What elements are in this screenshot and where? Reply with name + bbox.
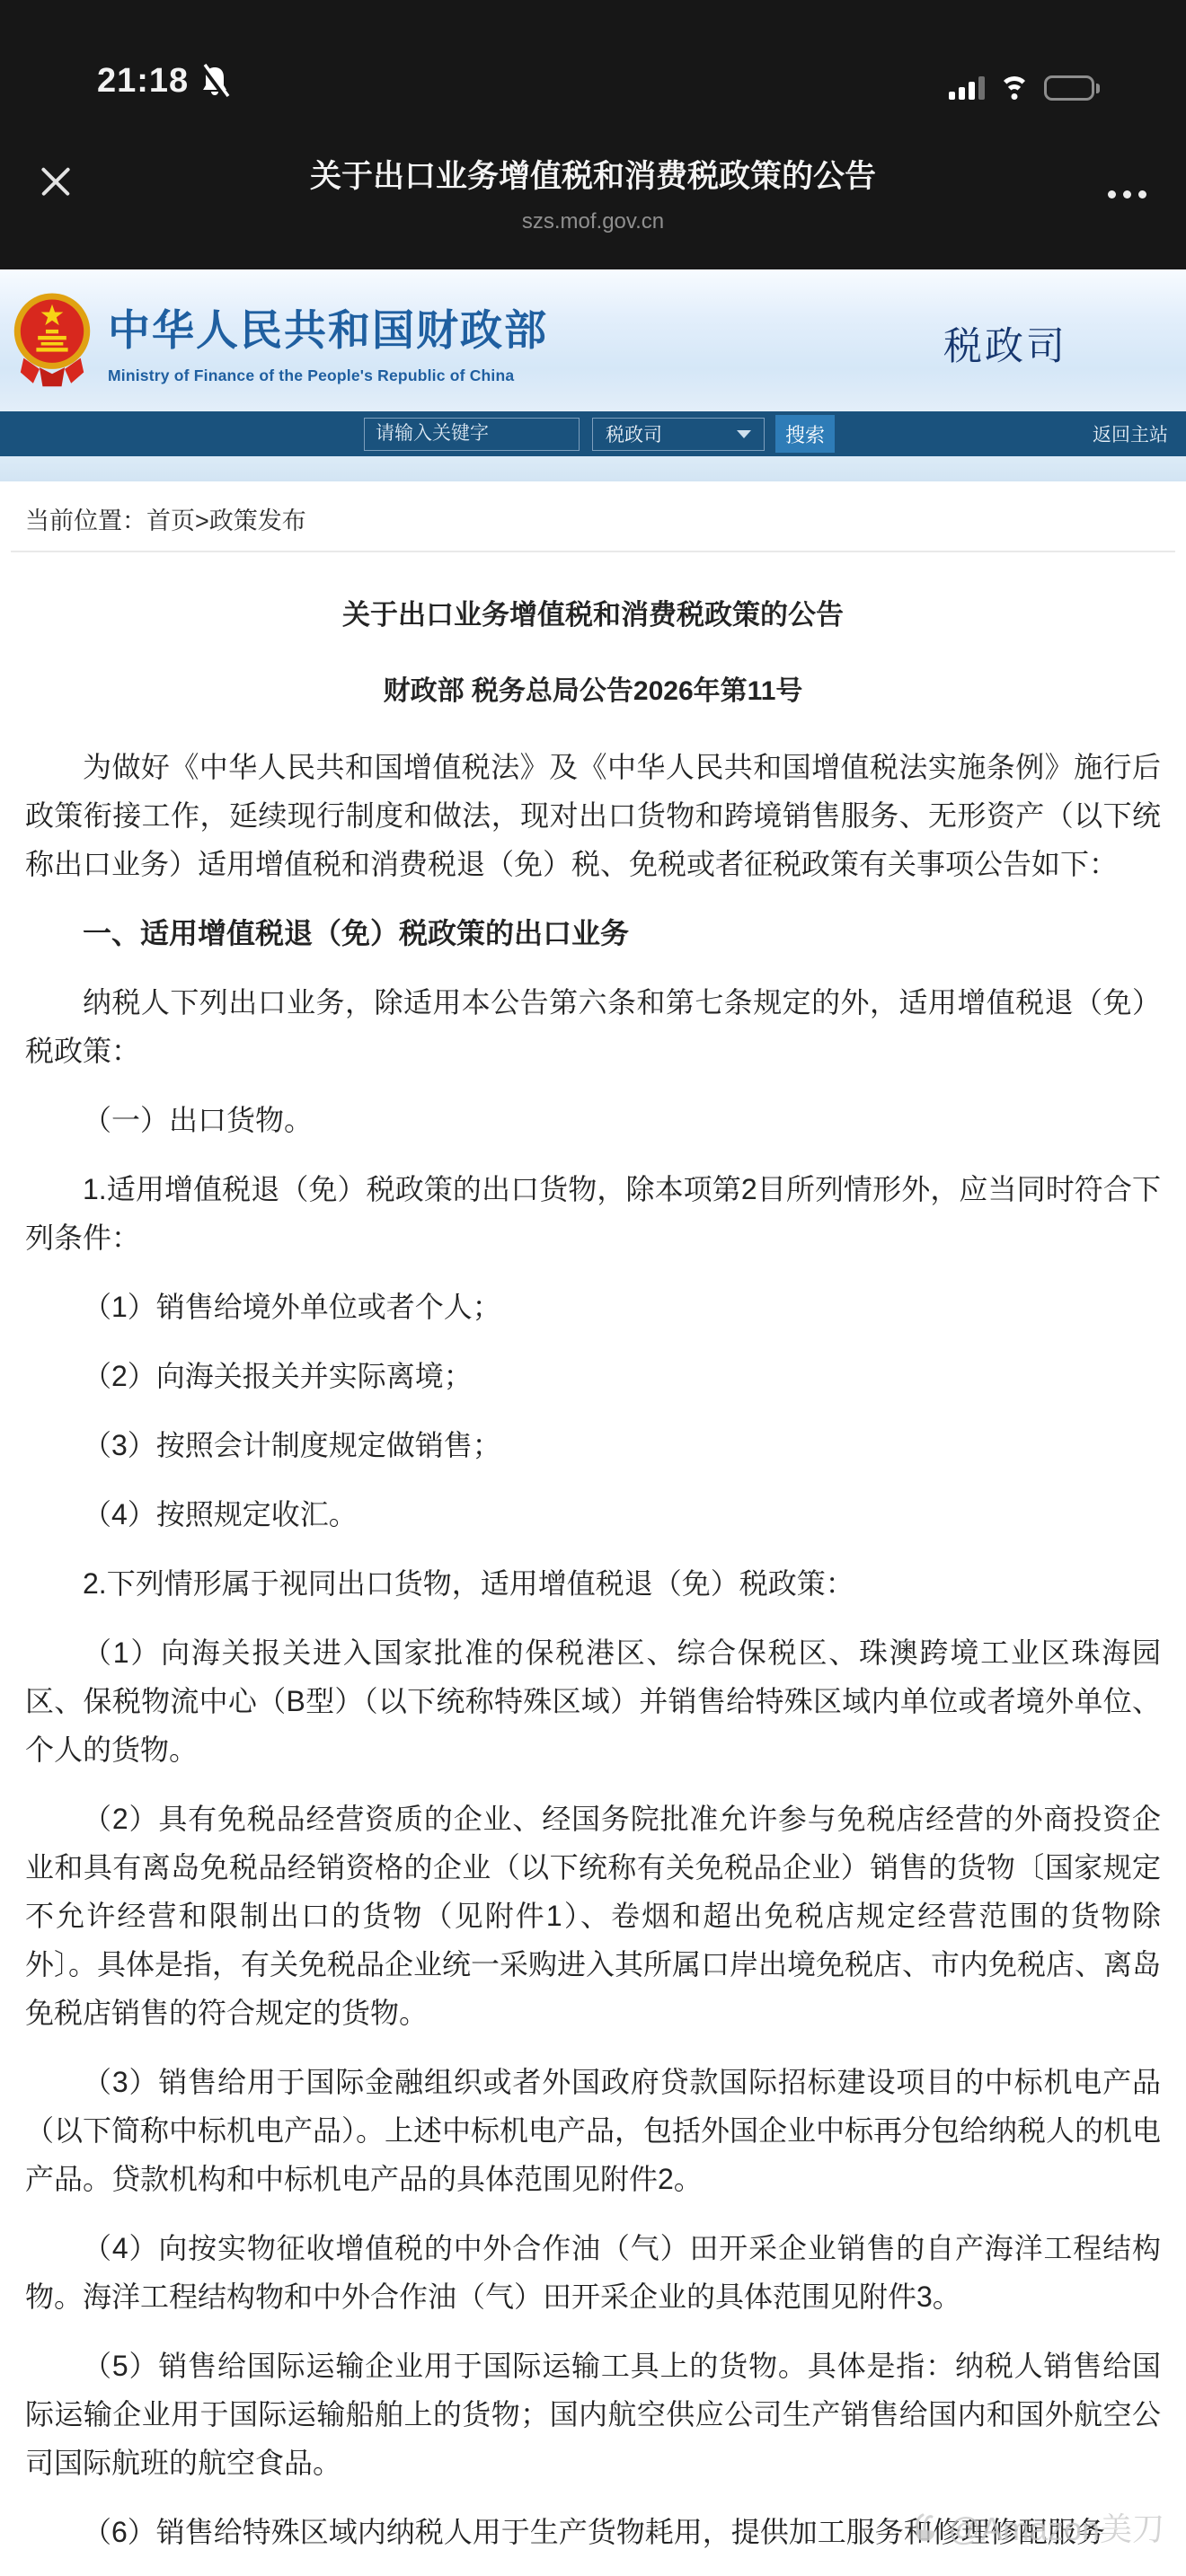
paragraph: （2）向海关报关并实际离境； <box>25 1352 1161 1400</box>
document: 关于出口业务增值税和消费税政策的公告 财政部 税务总局公告2026年第11号 为… <box>0 595 1186 2556</box>
paragraph: 2.下列情形属于视同出口货物，适用增值税退（免）税政策： <box>25 1559 1161 1608</box>
breadcrumb-label: 当前位置： <box>25 507 146 534</box>
paragraph: （6）销售给特殊区域内纳税人用于生产货物耗用，提供加工服务和修理修配服务 <box>25 2508 1161 2556</box>
status-bar: 21:18 <box>0 0 1186 117</box>
search-input[interactable] <box>364 418 580 451</box>
search-button[interactable]: 搜索 <box>775 415 835 453</box>
paragraph: 为做好《中华人民共和国增值税法》及《中华人民共和国增值税法实施条例》施行后政策衔… <box>25 743 1161 888</box>
site-banner: 中华人民共和国财政部 Ministry of Finance of the Pe… <box>0 269 1186 411</box>
clock: 21:18 <box>97 62 189 101</box>
paragraph: 1.适用增值税退（免）税政策的出口货物，除本项第2目所列情形外，应当同时符合下列… <box>25 1165 1161 1262</box>
breadcrumb: 当前位置：首页>政策发布 <box>0 481 1186 551</box>
search-category-select[interactable]: 税政司 <box>592 418 765 451</box>
paragraph: 纳税人下列出口业务，除适用本公告第六条和第七条规定的外，适用增值税退（免）税政策… <box>25 978 1161 1075</box>
browser-title-bar: 关于出口业务增值税和消费税政策的公告 szs.mof.gov.cn <box>0 117 1186 269</box>
org-name-cn: 中华人民共和国财政部 <box>108 297 548 357</box>
back-to-main-site-link[interactable]: 返回主站 <box>1093 420 1168 447</box>
banner-bottom-strip <box>0 456 1186 481</box>
paragraph: （5）销售给国际运输企业用于国际运输工具上的货物。具体是指：纳税人销售给国际运输… <box>25 2342 1161 2487</box>
bell-slash-icon <box>199 64 230 100</box>
chevron-down-icon <box>737 430 751 438</box>
battery-icon <box>1044 75 1100 101</box>
browser-page-title: 关于出口业务增值税和消费税政策的公告 <box>310 152 876 197</box>
paragraph: （4）按照规定收汇。 <box>25 1490 1161 1539</box>
more-menu-icon[interactable] <box>1108 190 1146 198</box>
document-number: 财政部 税务总局公告2026年第11号 <box>25 673 1161 710</box>
paragraph: （1）向海关报关进入国家批准的保税港区、综合保税区、珠澳跨境工业区珠海园区、保税… <box>25 1628 1161 1774</box>
paragraph: （4）向按实物征收增值税的中外合作油（气）田开采企业销售的自产海洋工程结构物。海… <box>25 2224 1161 2321</box>
paragraph: （2）具有免税品经营资质的企业、经国务院批准允许参与免税店经营的外商投资企业和具… <box>25 1795 1161 2037</box>
page-content: 当前位置：首页>政策发布 关于出口业务增值税和消费税政策的公告 财政部 税务总局… <box>0 481 1186 2556</box>
breadcrumb-path[interactable]: 首页>政策发布 <box>146 507 306 534</box>
org-name-en: Ministry of Finance of the People's Repu… <box>108 366 548 385</box>
divider <box>11 551 1175 552</box>
close-icon[interactable] <box>38 163 74 199</box>
paragraph: （3）销售给用于国际金融组织或者外国政府贷款国际招标建设项目的中标机电产品（以下… <box>25 2058 1161 2203</box>
document-title: 关于出口业务增值税和消费税政策的公告 <box>25 595 1161 635</box>
search-bar: 税政司 搜索 返回主站 <box>0 411 1186 456</box>
cellular-signal-icon <box>949 76 985 100</box>
paragraph: （1）销售给境外单位或者个人； <box>25 1283 1161 1331</box>
paragraph: （一）出口货物。 <box>25 1096 1161 1144</box>
browser-url: szs.mof.gov.cn <box>522 209 664 234</box>
section-heading: 一、适用增值税退（免）税政策的出口业务 <box>25 909 1161 957</box>
search-category-value: 税政司 <box>606 420 662 447</box>
wifi-icon <box>999 76 1030 100</box>
document-body: 为做好《中华人民共和国增值税法》及《中华人民共和国增值税法实施条例》施行后政策衔… <box>25 743 1161 2556</box>
department-name: 税政司 <box>943 316 1067 371</box>
national-emblem-logo <box>13 289 92 395</box>
paragraph: （3）按照会计制度规定做销售； <box>25 1421 1161 1469</box>
